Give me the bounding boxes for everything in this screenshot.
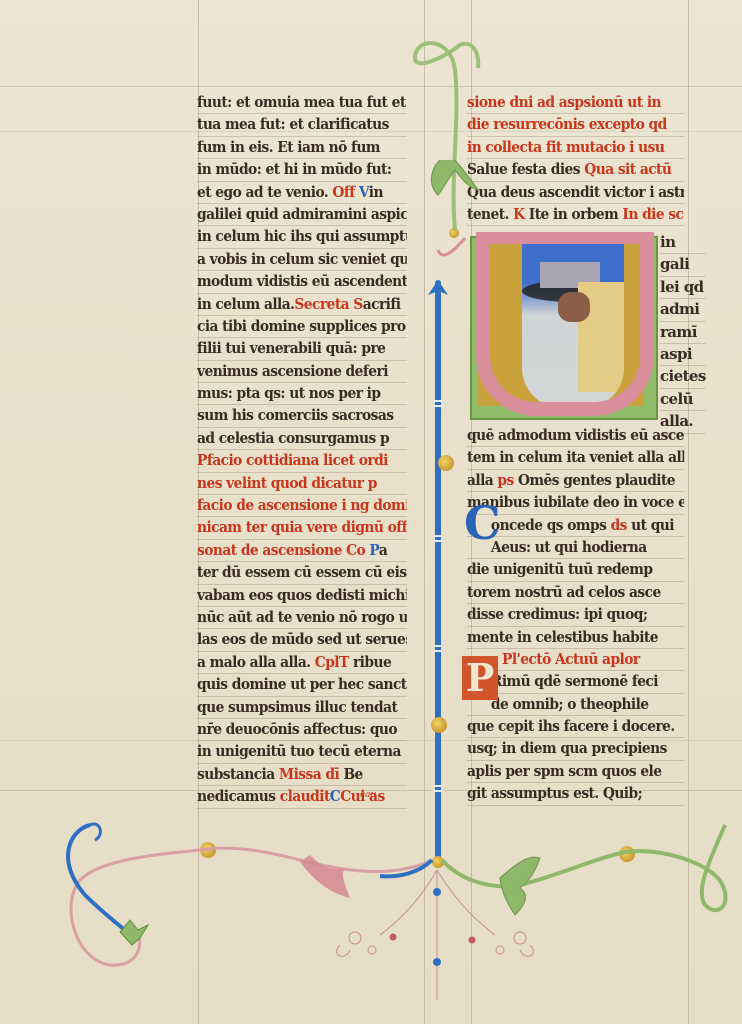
blue-initial: C <box>330 787 340 805</box>
text-line: mus: pta qs: ut nos per ip <box>197 383 407 405</box>
rubric-line: facio de ascensione i ng domi <box>197 495 407 517</box>
catchword: cau <box>360 790 376 800</box>
text-line: fuut: et omuia mea tua fut et <box>197 92 407 114</box>
text-line: disse credimus: ipi quoq; <box>467 604 684 626</box>
blue-initial: P <box>369 541 378 559</box>
text-line: galilei quid admiramini aspicientes <box>197 204 407 226</box>
text-beside-initial: in gali lei qd admi ramī aspi cietes cel… <box>660 232 706 434</box>
red-initial: S <box>353 295 362 313</box>
red-initial-p: P <box>462 656 498 700</box>
rubric-line: in collecta fit mutacio i usu <box>467 137 684 159</box>
blue-initial-c: C <box>464 500 501 546</box>
rubric-line: die resurrecōnis excepto qd <box>467 114 684 136</box>
rubric-line: sione dni ad aspsionū ut in <box>467 92 684 114</box>
right-text-column: sione dni ad aspsionū ut in die resurrec… <box>467 92 703 226</box>
text-line: usq; in diem qua precipiens <box>467 738 684 760</box>
text-line: aspi <box>660 344 706 366</box>
text-line: in <box>660 232 706 254</box>
text-line: cietes <box>660 366 706 388</box>
text-line: gali <box>660 254 706 276</box>
text-line: Salue festa dies Qua sit actū <box>467 159 684 181</box>
text-line: Rimū qdē sermonē feci <box>467 671 684 693</box>
rubric-line: sonat de ascensione Co Pa <box>197 540 407 562</box>
text-line: que cepit ihs facere i docere. <box>467 716 684 738</box>
blue-border-bar <box>435 280 441 864</box>
text-line: alla ps Omēs gentes plaudite <box>467 470 684 492</box>
gold-bezant <box>432 856 444 868</box>
text-line: cia tibi domine supplices pro <box>197 316 407 338</box>
text-line: a malo alla alla. CplT ribue <box>197 652 407 674</box>
rubric: In die sco <box>622 205 684 223</box>
rubric: Missa dī <box>279 765 339 783</box>
ruling-line <box>0 86 742 87</box>
gold-bezant <box>200 842 216 858</box>
rubric: ds <box>611 516 627 534</box>
text-line: ramī <box>660 322 706 344</box>
rubric: Cpl <box>315 653 339 671</box>
rubric: claudit <box>280 787 330 805</box>
illuminated-initial <box>470 232 660 420</box>
rubric: Off <box>332 183 354 201</box>
text-line: in mūdo: et hi in mūdo fut: <box>197 159 407 181</box>
gold-bezant <box>431 717 447 733</box>
text-line: las eos de mūdo sed ut serues eos <box>197 629 407 651</box>
gold-bezant <box>449 228 459 238</box>
text-line: tem in celum ita veniet alla alla <box>467 447 684 469</box>
text-line: in celum hic ihs qui assumptus ē <box>197 226 407 248</box>
blue-initial: V <box>359 183 369 201</box>
text-line: mus Pl'ectō Actuū aplor <box>467 649 684 671</box>
text-line: ad celestia consurgamus p <box>197 428 407 450</box>
text-line: aplis per spm scm quos ele <box>467 761 684 783</box>
rubric: Pl'ectō Actuū aplor <box>502 650 640 668</box>
rubric-line: Pfacio cottidiana licet ordi <box>197 450 407 472</box>
text-line: admi <box>660 299 706 321</box>
text-line: Qua deus ascendit victor i astra <box>467 182 684 204</box>
rubric-line: nes velint quod dicatur p <box>197 473 407 495</box>
text-line: tenet. K Ite in orbem In die sco <box>467 204 684 226</box>
text-line: die unigenitū tuū redemp <box>467 559 684 581</box>
text-line: vabam eos quos dedisti michi alla <box>197 585 407 607</box>
text-line: git assumptus est. Quib; <box>467 783 684 805</box>
left-text-column: fuut: et omuia mea tua fut et tua mea fu… <box>197 92 425 809</box>
text-line: modum vidistis eū ascendentem <box>197 271 407 293</box>
text-line: celū <box>660 389 706 411</box>
initial-letter-u <box>476 232 654 416</box>
text-line: quis domine ut per hec sancta <box>197 674 407 696</box>
text-line: que sumpsimus illuc tendat <box>197 697 407 719</box>
text-line: tua mea fut: et clarificatus <box>197 114 407 136</box>
gold-bezant <box>619 846 635 862</box>
right-text-column-lower: quē admodum vidistis eū ascende tem in c… <box>467 425 703 806</box>
text-line: fum in eis. Et iam nō fum <box>197 137 407 159</box>
text-line: et ego ad te venio. Off Vin <box>197 182 407 204</box>
text-line: nūc aūt ad te venio nō rogo ut tol <box>197 607 407 629</box>
rubric: K <box>513 205 524 223</box>
rubric-line: nicam ter quia vere dignū offi <box>197 517 407 539</box>
text-line: sum his comerciis sacrosas <box>197 405 407 427</box>
manuscript-page: fuut: et omuia mea tua fut et tua mea fu… <box>0 0 742 1024</box>
rubric: ps <box>497 471 513 489</box>
gold-bezant <box>438 455 454 471</box>
text-line: quē admodum vidistis eū ascende <box>467 425 684 447</box>
text-line: mente in celestibus habite <box>467 627 684 649</box>
text-line: ter dū essem cū essem cū eis ego ser <box>197 562 407 584</box>
text-line: venimus ascensione deferi <box>197 361 407 383</box>
text-line: torem nostrū ad celos asce <box>467 582 684 604</box>
text-line: lei qd <box>660 277 706 299</box>
text-line: filii tui venerabili quā: pre <box>197 338 407 360</box>
rubric: Qua sit actū <box>584 160 671 178</box>
text-line: in unigenitū tuo tecū eterna <box>197 741 407 763</box>
text-line: nr̄e deuocōnis affectus: quo <box>197 719 407 741</box>
text-line: in celum alla.Secreta Sacrifi <box>197 294 407 316</box>
text-line: substancia Missa dī Be <box>197 764 407 786</box>
red-initial: T <box>339 653 349 671</box>
text-line: de omnib; o theophile <box>467 694 684 716</box>
rubric: Secreta <box>294 295 349 313</box>
text-line: a vobis in celum sic veniet quēad <box>197 249 407 271</box>
